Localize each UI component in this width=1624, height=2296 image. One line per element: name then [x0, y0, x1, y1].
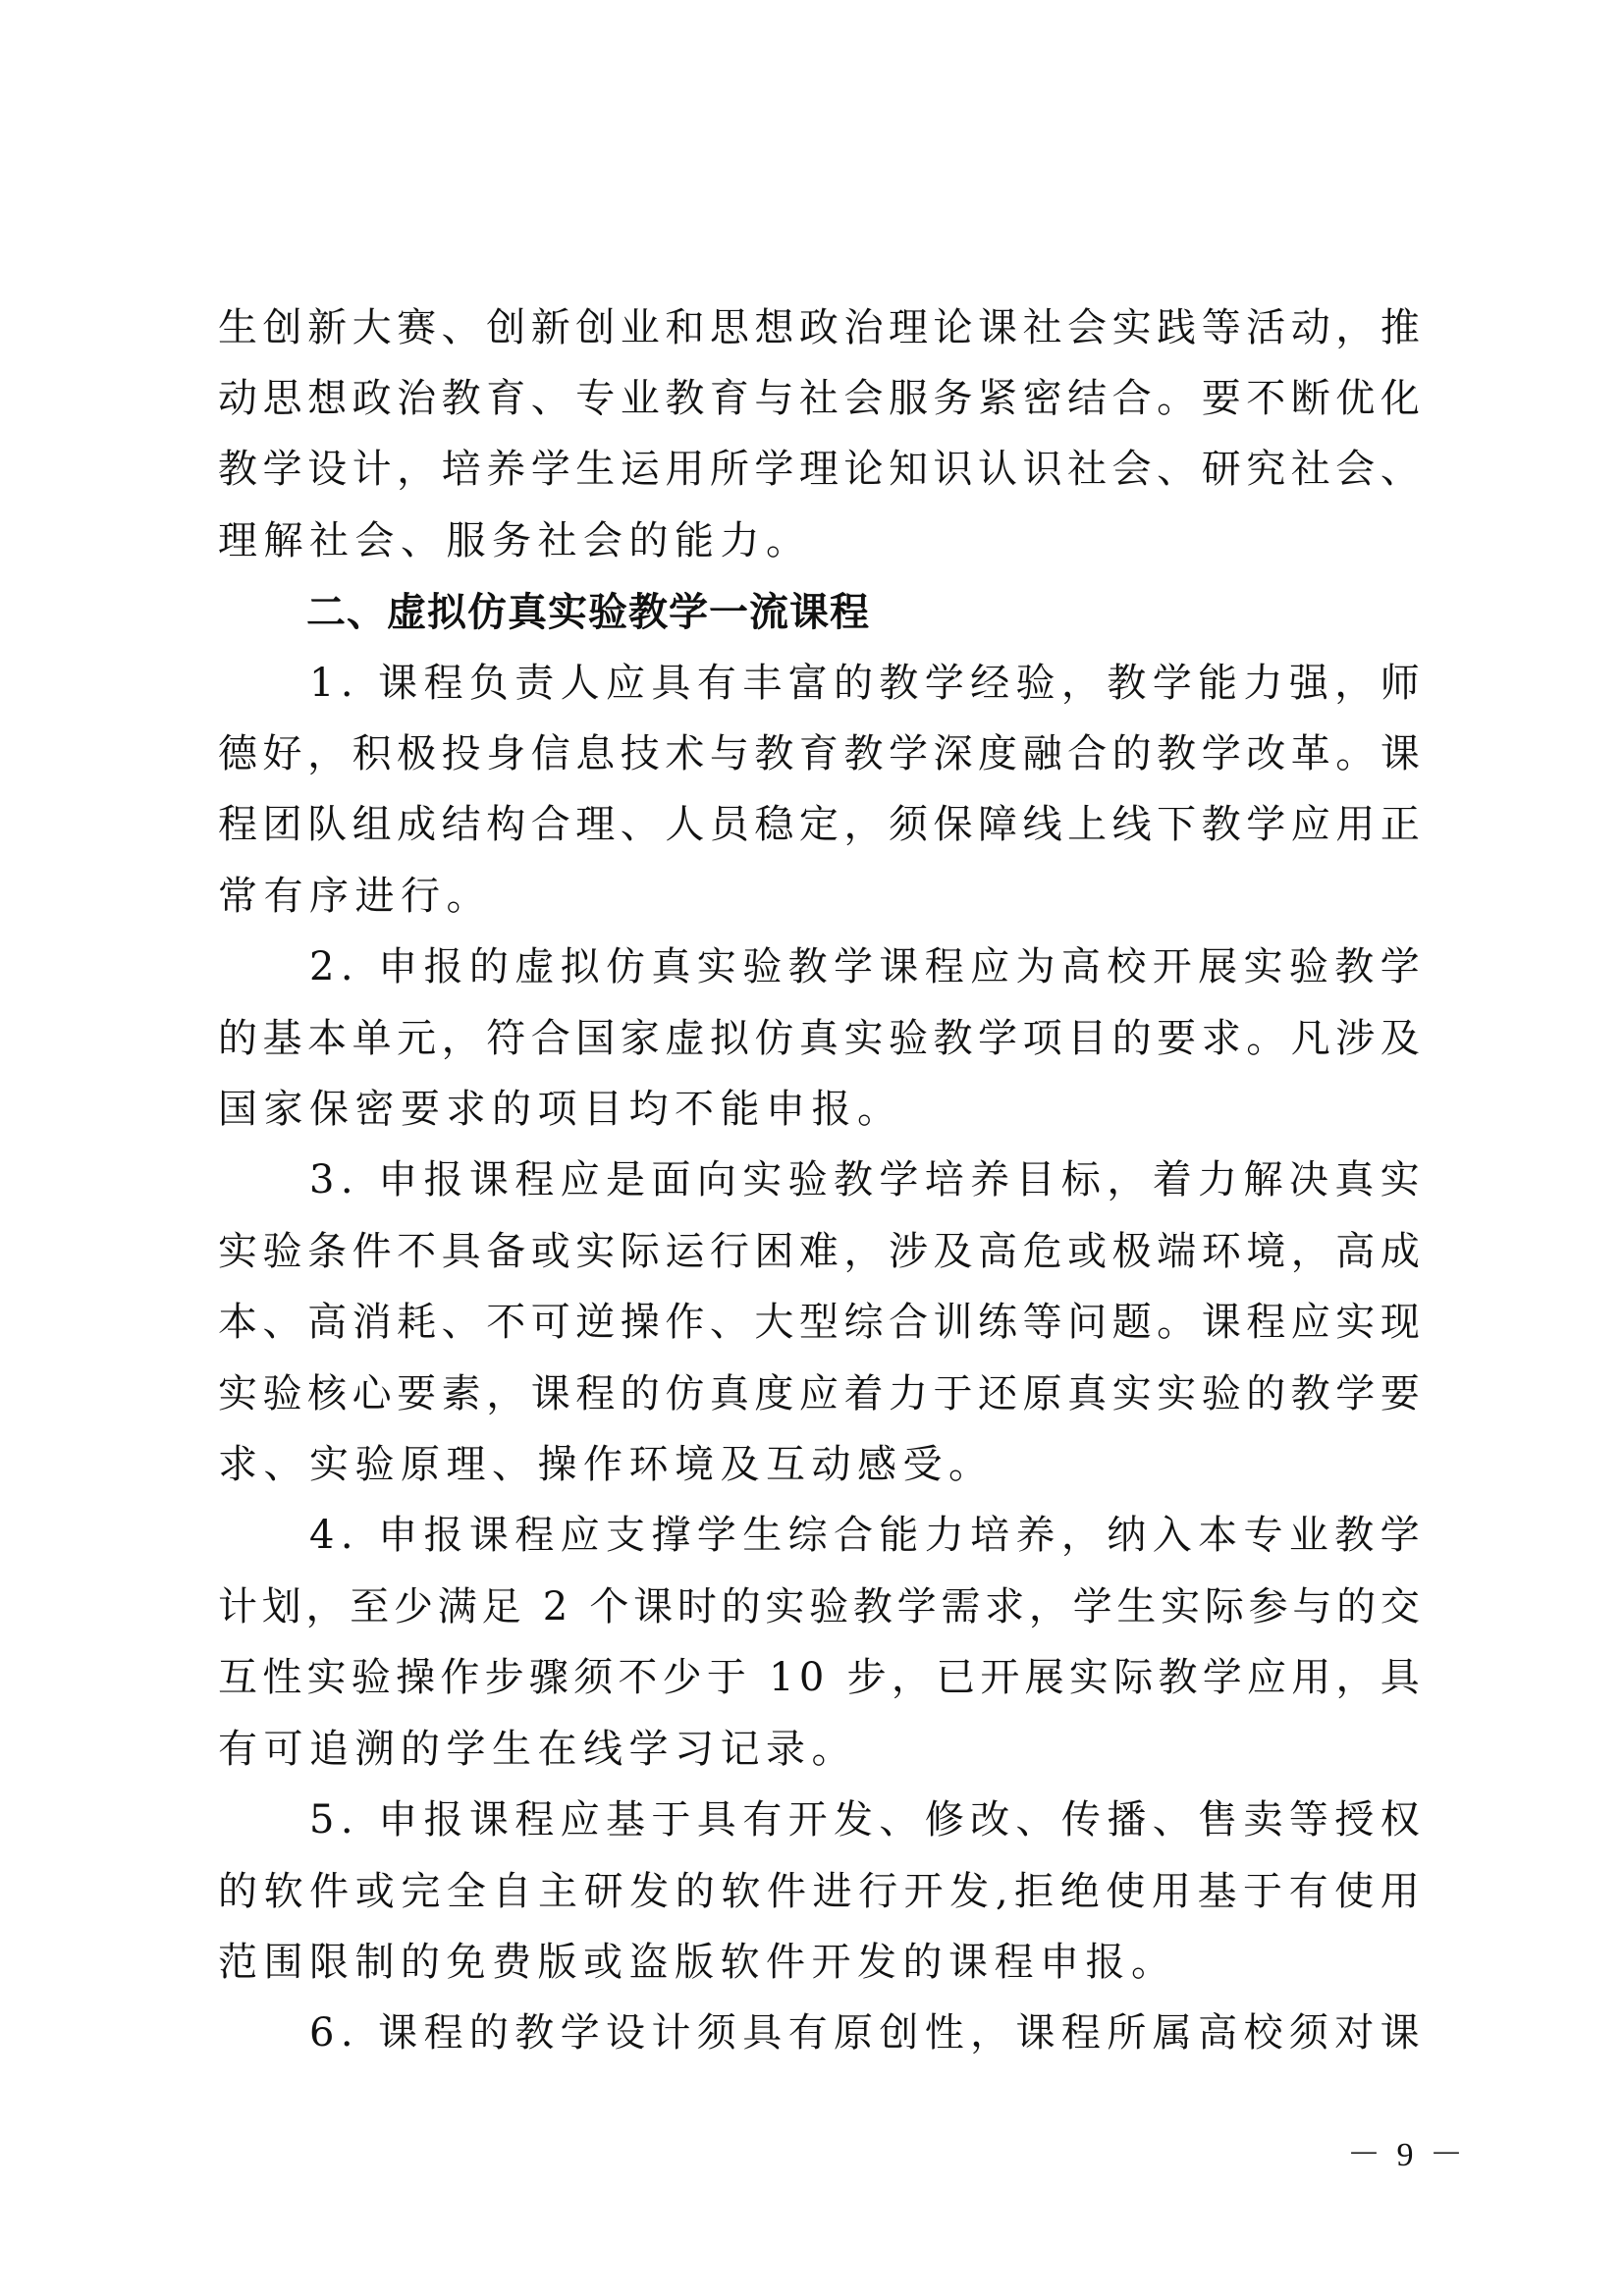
item-3-line: 求、实验原理、操作环境及互动感受。 — [218, 1437, 1420, 1492]
item-4-line: 4. 申报课程应支撑学生综合能力培养，纳入本专业教学 — [309, 1508, 1420, 1563]
item-4-line: 互性实验操作步骤须不少于 10 步，已开展实际教学应用，具 — [218, 1650, 1420, 1705]
item-2-line: 国家保密要求的项目均不能申报。 — [218, 1082, 1420, 1137]
paragraph-line: 动思想政治教育、专业教育与社会服务紧密结合。要不断优化 — [218, 371, 1420, 426]
item-3-line: 本、高消耗、不可逆操作、大型综合训练等问题。课程应实现 — [218, 1295, 1420, 1350]
item-3-line: 3. 申报课程应是面向实验教学培养目标，着力解决真实 — [309, 1152, 1420, 1207]
item-4-line: 计划，至少满足 2 个课时的实验教学需求，学生实际参与的交 — [218, 1579, 1420, 1634]
section-heading: 二、虚拟仿真实验教学一流课程 — [306, 585, 870, 640]
item-3-line: 实验条件不具备或实际运行困难，涉及高危或极端环境，高成 — [218, 1224, 1420, 1279]
page-number: － 9 － — [1347, 2136, 1467, 2175]
item-6-line: 6. 课程的教学设计须具有原创性，课程所属高校须对课 — [309, 2005, 1420, 2060]
item-1-line: 1. 课程负责人应具有丰富的教学经验，教学能力强，师 — [309, 656, 1420, 711]
item-5-line: 5. 申报课程应基于具有开发、修改、传播、售卖等授权 — [309, 1792, 1420, 1847]
item-3-line: 实验核心要素，课程的仿真度应着力于还原真实实验的教学要 — [218, 1366, 1420, 1421]
item-2-line: 2. 申报的虚拟仿真实验教学课程应为高校开展实验教学 — [309, 939, 1420, 994]
paragraph-line: 教学设计，培养学生运用所学理论知识认识社会、研究社会、 — [218, 442, 1420, 497]
paragraph-line: 生创新大赛、创新创业和思想政治理论课社会实践等活动，推 — [218, 300, 1420, 355]
item-4-line: 有可追溯的学生在线学习记录。 — [218, 1722, 1420, 1777]
paragraph-line: 理解社会、服务社会的能力。 — [218, 513, 1420, 568]
item-5-line: 的软件或完全自主研发的软件进行开发,拒绝使用基于有使用 — [218, 1864, 1420, 1919]
item-1-line: 程团队组成结构合理、人员稳定，须保障线上线下教学应用正 — [218, 797, 1420, 852]
item-1-line: 德好，积极投身信息技术与教育教学深度融合的教学改革。课 — [218, 726, 1420, 781]
document-page: 生创新大赛、创新创业和思想政治理论课社会实践等活动，推 动思想政治教育、专业教育… — [0, 0, 1624, 2296]
item-5-line: 范围限制的免费版或盗版软件开发的课程申报。 — [218, 1935, 1420, 1990]
item-1-line: 常有序进行。 — [218, 869, 1420, 924]
item-2-line: 的基本单元，符合国家虚拟仿真实验教学项目的要求。凡涉及 — [218, 1011, 1420, 1066]
